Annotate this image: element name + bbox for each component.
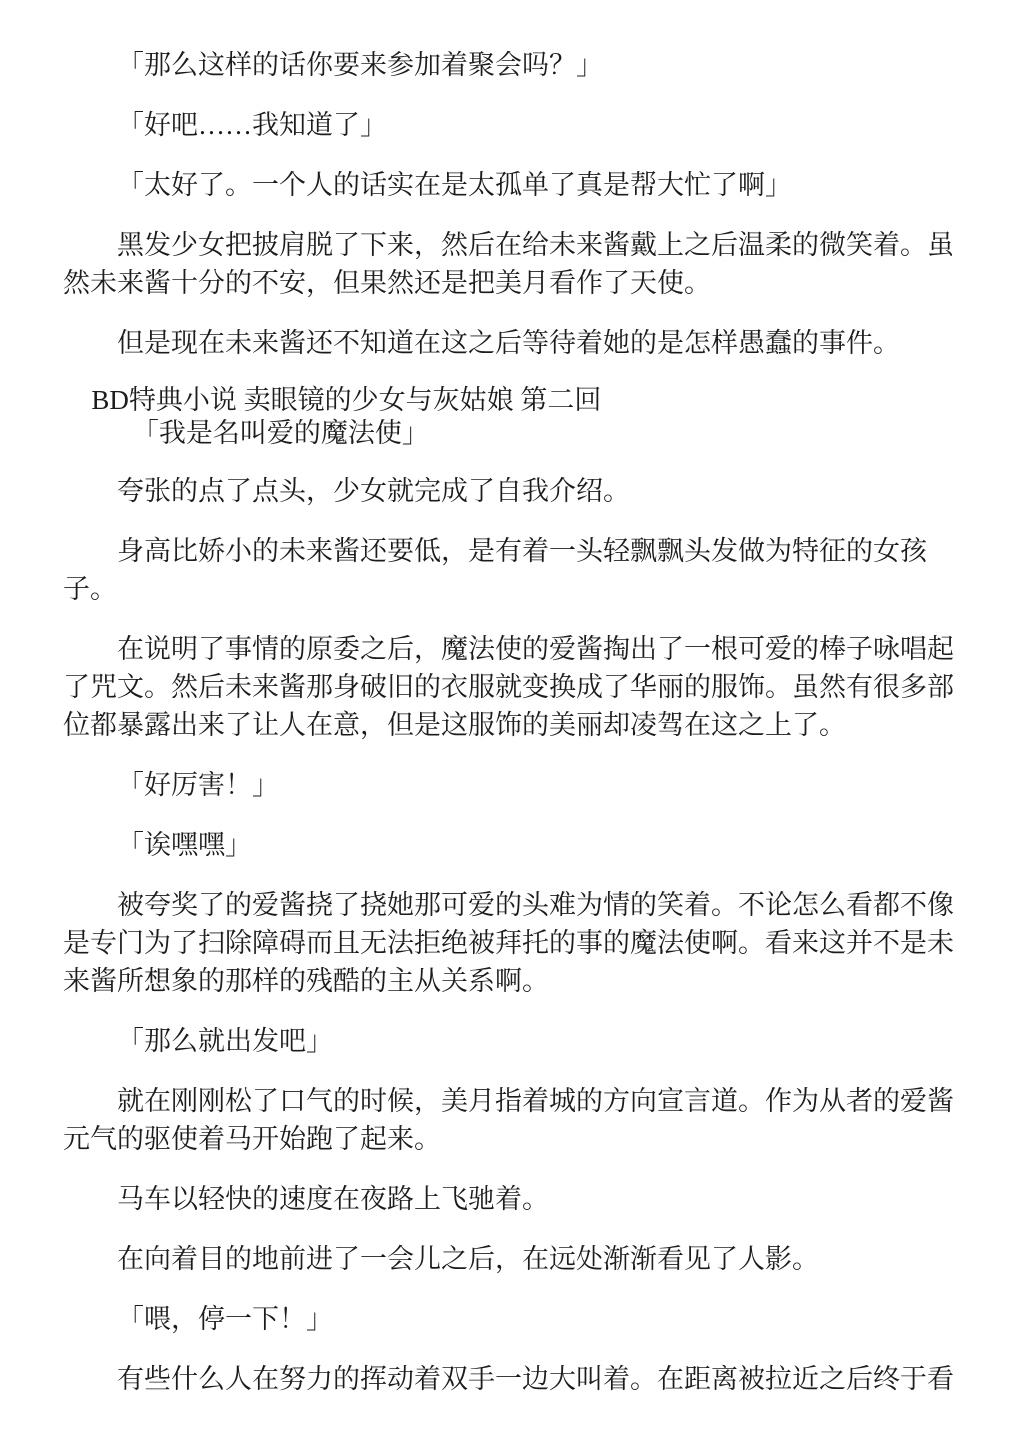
narration-paragraph: 在说明了事情的原委之后，魔法使的爱酱掏出了一根可爱的棒子咏唱起了咒文。然后未来酱… [63, 630, 958, 744]
narration-paragraph: 夸张的点了点头，少女就完成了自我介绍。 [63, 472, 958, 510]
narration-paragraph: 身高比娇小的未来酱还要低，是有着一头轻飘飘头发做为特征的女孩子。 [63, 532, 958, 608]
dialogue-line: 「太好了。一个人的话实在是太孤单了真是帮大忙了啊」 [63, 166, 958, 204]
narration-paragraph: 但是现在未来酱还不知道在这之后等待着她的是怎样愚蠢的事件。 [63, 324, 958, 362]
narration-paragraph: 被夸奖了的爱酱挠了挠她那可爱的头难为情的笑着。不论怎么看都不像是专门为了扫除障碍… [63, 886, 958, 1000]
dialogue-line: 「喂，停一下！」 [63, 1300, 958, 1338]
narration-paragraph: 在向着目的地前进了一会儿之后，在远处渐渐看见了人影。 [63, 1240, 958, 1278]
chapter-heading: BD特典小说 卖眼镜的少女与灰姑娘 第二回 「我是名叫爱的魔法使」 [63, 384, 958, 450]
chapter-title: BD特典小说 卖眼镜的少女与灰姑娘 第二回 [63, 384, 958, 417]
novel-page: 「那么这样的话你要来参加着聚会吗？」 「好吧……我知道了」 「太好了。一个人的话… [0, 0, 1017, 1437]
chapter-subtitle: 「我是名叫爱的魔法使」 [63, 417, 958, 450]
narration-paragraph: 黑发少女把披肩脱了下来，然后在给未来酱戴上之后温柔的微笑着。虽然未来酱十分的不安… [63, 226, 958, 302]
dialogue-line: 「那么这样的话你要来参加着聚会吗？」 [63, 46, 958, 84]
narration-paragraph: 有些什么人在努力的挥动着双手一边大叫着。在距离被拉近之后终于看 [63, 1360, 958, 1398]
dialogue-line: 「好厉害！」 [63, 766, 958, 804]
dialogue-line: 「那么就出发吧」 [63, 1022, 958, 1060]
narration-paragraph: 马车以轻快的速度在夜路上飞驰着。 [63, 1180, 958, 1218]
dialogue-line: 「好吧……我知道了」 [63, 106, 958, 144]
dialogue-line: 「诶嘿嘿」 [63, 826, 958, 864]
narration-paragraph: 就在刚刚松了口气的时候，美月指着城的方向宣言道。作为从者的爱酱元气的驱使着马开始… [63, 1082, 958, 1158]
